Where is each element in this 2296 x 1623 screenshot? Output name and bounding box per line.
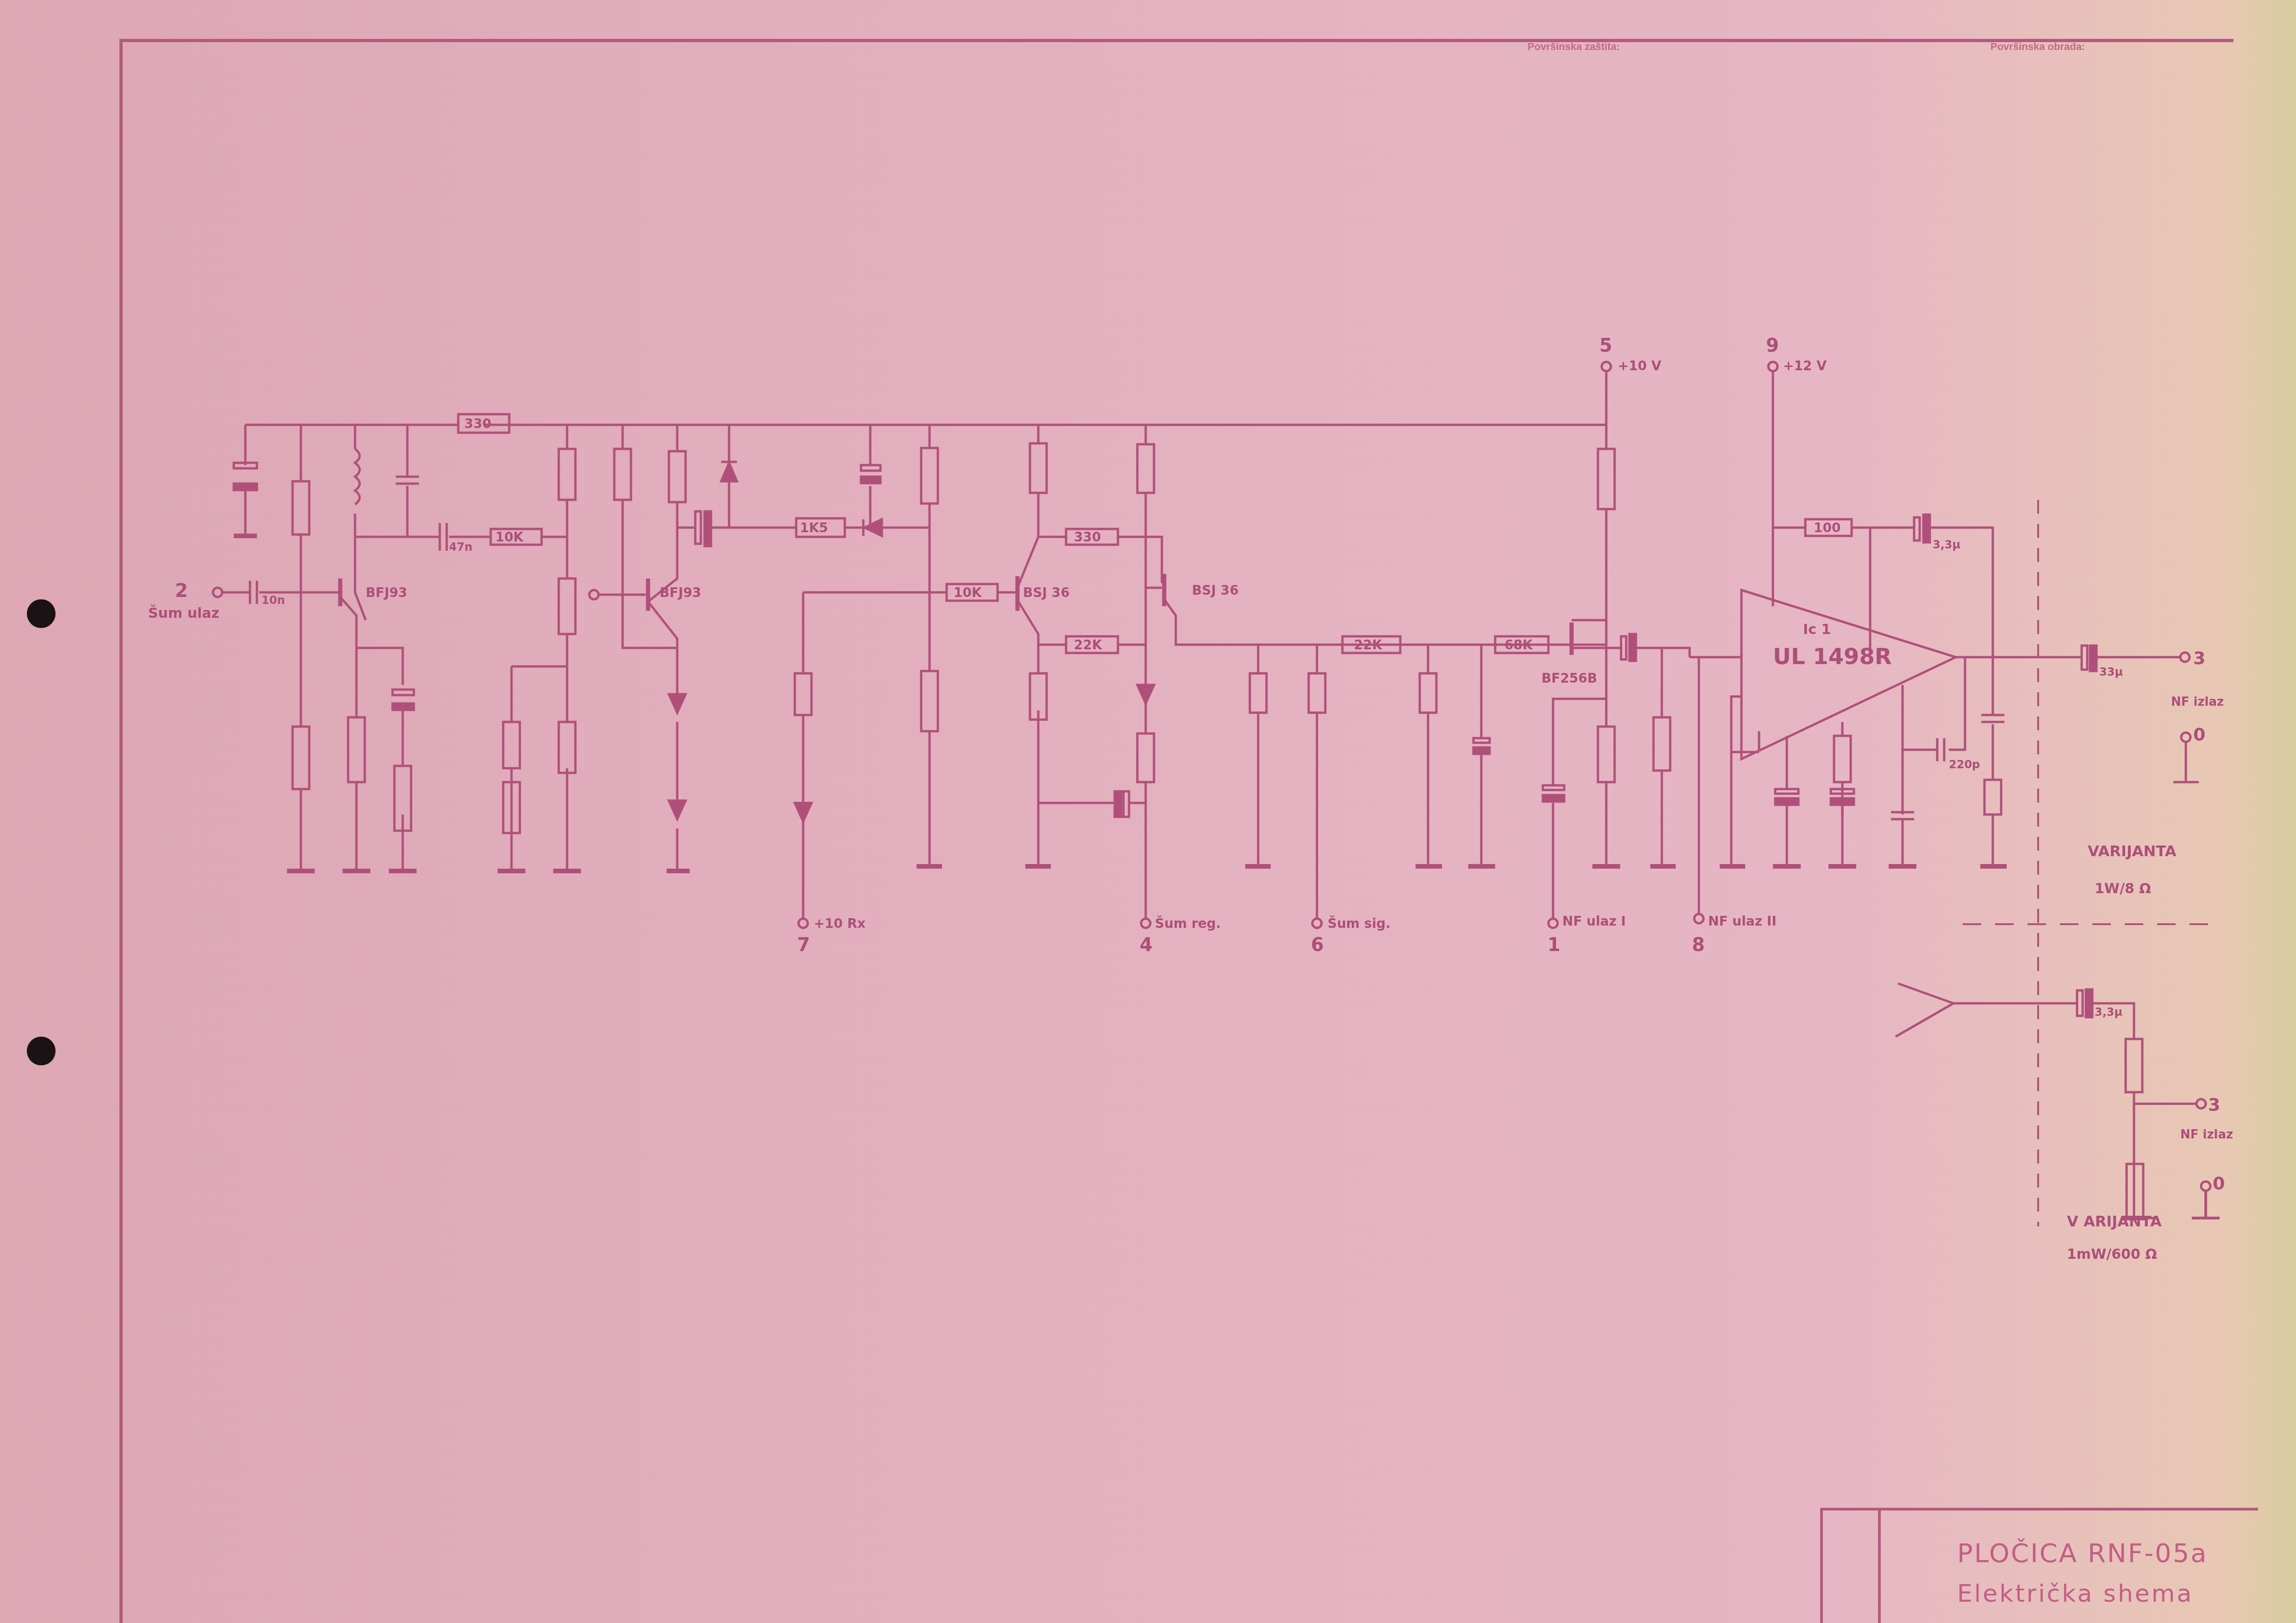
c4-value: 47n <box>449 541 472 553</box>
variant-b-spec: 1mW/600 Ω <box>2067 1246 2157 1262</box>
terminal-6-label: Šum sig. <box>1328 915 1391 931</box>
tr3-part: BSJ 36 <box>1023 585 1070 600</box>
schematic-sheet: Površinska zaštita: Površinska obrada: <box>0 0 2296 1623</box>
title-block: PLOČICA RNF-05a Električka shema <box>1820 1508 2258 1623</box>
c14-value: 3,3µ <box>1933 538 1960 551</box>
terminal-1-number: 1 <box>1547 934 1560 956</box>
r20-value: 22K <box>1074 637 1103 653</box>
ic-ref: Ic 1 <box>1803 622 1831 638</box>
tr1-part: BFJ93 <box>366 585 407 600</box>
drawing-subtitle: Električka shema <box>1957 1580 2193 1608</box>
terminal-5-number: 5 <box>1599 335 1612 356</box>
variant-b-title: V ARIJANTA <box>2067 1213 2162 1230</box>
terminal-1-label: NF ulaz I <box>1562 914 1626 929</box>
r5-value: 10K <box>495 529 524 545</box>
terminal-3a-number: 3 <box>2193 648 2205 668</box>
terminal-3b-number: 3 <box>2208 1094 2220 1115</box>
terminal-7-number: 7 <box>797 934 810 956</box>
terminal-6-number: 6 <box>1311 934 1324 956</box>
tr4-part: BSJ 36 <box>1192 583 1239 598</box>
c19-value: 3,3µ <box>2095 1006 2122 1019</box>
terminal-4-number: 4 <box>1140 934 1153 956</box>
terminal-2-label: Šum ulaz <box>148 604 219 622</box>
variant-a-spec: 1W/8 Ω <box>2095 881 2151 897</box>
terminal-9-label: +12 V <box>1783 358 1827 373</box>
terminal-3b-ground: 0 <box>2213 1173 2225 1194</box>
terminal-5-label: +10 V <box>1618 358 1661 373</box>
r29-value: 68K <box>1504 637 1533 653</box>
r6-value: 330 <box>464 416 491 431</box>
c18-value: 33µ <box>2099 665 2123 678</box>
variant-a-title: VARIJANTA <box>2088 842 2177 860</box>
terminal-4-label: Šum reg. <box>1155 915 1221 931</box>
drawing-title: PLOČICA RNF-05a <box>1957 1538 2208 1568</box>
terminal-8-label: NF ulaz II <box>1708 914 1777 929</box>
terminal-7-label: +10 Rx <box>814 916 866 931</box>
terminal-3b-label: NF izlaz <box>2180 1128 2233 1142</box>
c1-value: 10n <box>262 594 285 607</box>
title-block-divider <box>1878 1511 1881 1623</box>
r15-value: 1K5 <box>800 520 828 535</box>
terminal-2-number: 2 <box>175 580 188 602</box>
tr5-part: BF256B <box>1541 671 1597 686</box>
r25-value: 330 <box>1074 529 1101 545</box>
terminal-3a-label: NF izlaz <box>2171 695 2224 709</box>
r27-value: 22K <box>1354 637 1383 653</box>
terminal-9-number: 9 <box>1766 335 1779 356</box>
schematic-labels: 2 Šum ulaz 5 +10 V 9 +12 V 7 +10 Rx 4 Šu… <box>0 0 2296 1623</box>
r33-value: 100 <box>1814 520 1841 535</box>
c16-value: 220p <box>1949 758 1980 771</box>
ic-part: UL 1498R <box>1773 644 1892 670</box>
r18-value: 10K <box>954 585 982 600</box>
tr2-part: BFJ93 <box>660 585 701 600</box>
terminal-3a-ground: 0 <box>2193 724 2205 745</box>
terminal-8-number: 8 <box>1692 934 1705 956</box>
